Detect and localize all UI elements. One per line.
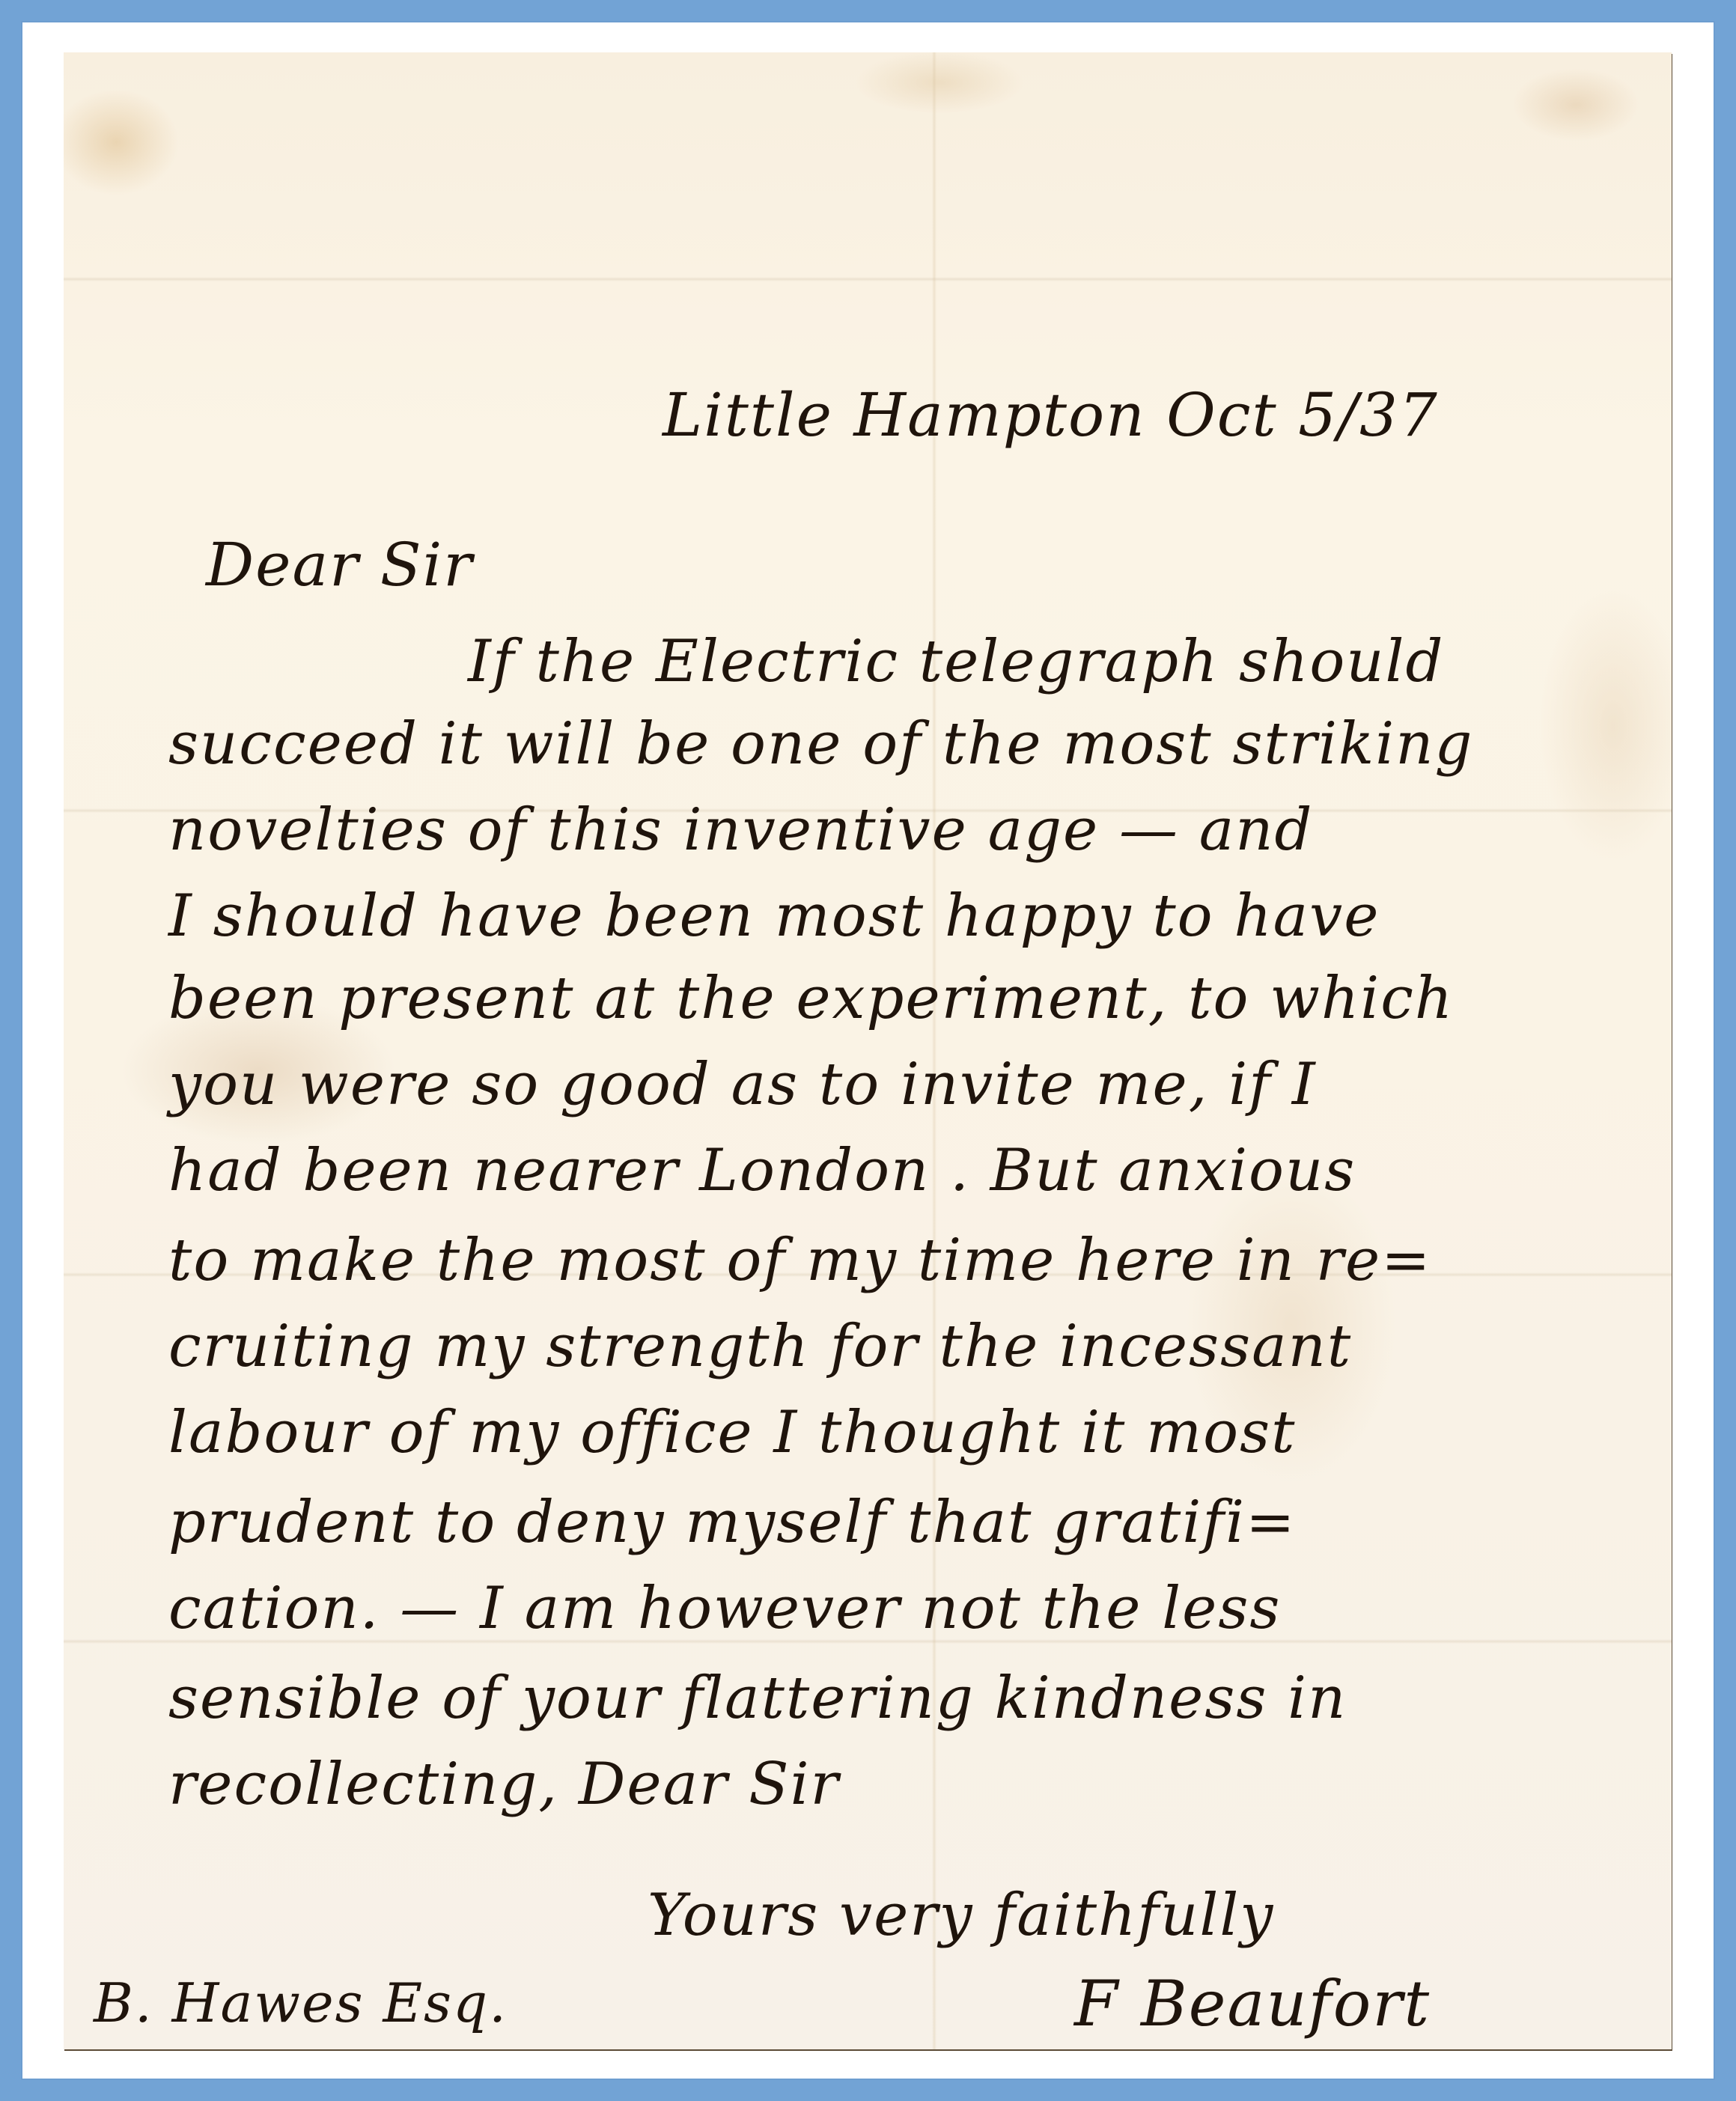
- fold-crease: [64, 277, 1672, 281]
- body-line: cation. — I am however not the less: [168, 1579, 1281, 1638]
- place-date: Little Hampton Oct 5/37: [663, 385, 1439, 445]
- body-line: recollecting, Dear Sir: [168, 1755, 840, 1814]
- body-line: had been nearer London . But anxious: [168, 1141, 1356, 1200]
- body-line: to make the most of my time here in re=: [168, 1231, 1431, 1290]
- body-line: been present at the experiment, to which: [168, 969, 1454, 1028]
- body-line: succeed it will be one of the most strik…: [168, 715, 1473, 773]
- body-line: you were so good as to invite me, if I: [168, 1055, 1317, 1114]
- body-line: prudent to deny myself that gratifi=: [168, 1493, 1296, 1552]
- body-line: labour of my office I thought it most: [168, 1403, 1296, 1462]
- addressee: B. Hawes Esq.: [94, 1976, 508, 2030]
- body-line: I should have been most happy to have: [168, 887, 1380, 945]
- body-line: If the Electric telegraph should: [468, 632, 1444, 691]
- letter-paper: Little Hampton Oct 5/37 Dear Sir If the …: [64, 52, 1672, 2049]
- salutation: Dear Sir: [206, 535, 473, 595]
- body-line: sensible of your flattering kindness in: [168, 1669, 1347, 1728]
- body-line: cruiting my strength for the incessant: [168, 1317, 1352, 1376]
- signature: F Beaufort: [1074, 1972, 1431, 2035]
- body-line: novelties of this inventive age — and: [168, 801, 1313, 859]
- closing: Yours very faithfully: [648, 1886, 1274, 1945]
